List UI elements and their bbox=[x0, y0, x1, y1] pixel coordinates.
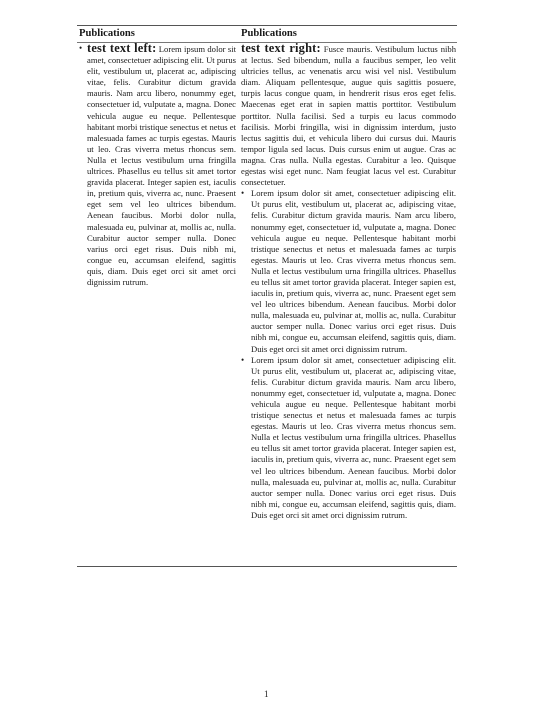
left-item-text: Lorem ipsum dolor sit amet, consectetuer… bbox=[87, 44, 236, 287]
left-item-paragraph: test text left: Lorem ipsum dolor sit am… bbox=[87, 43, 236, 288]
right-item-text: Lorem ipsum dolor sit amet, consectetuer… bbox=[251, 355, 456, 521]
right-column: test text right: Fusce mauris. Vestibulu… bbox=[241, 43, 456, 521]
left-column: • test text left: Lorem ipsum dolor sit … bbox=[79, 43, 236, 288]
left-column-header: Publications bbox=[79, 28, 135, 39]
left-item-lead: test text left: bbox=[87, 41, 156, 55]
right-column-header: Publications bbox=[241, 28, 297, 39]
document-page: Publications Publications • test text le… bbox=[0, 0, 540, 702]
right-list-item: • Lorem ipsum dolor sit amet, consectetu… bbox=[241, 355, 456, 521]
right-item-text: Lorem ipsum dolor sit amet, consectetuer… bbox=[251, 188, 456, 354]
left-list-item: • test text left: Lorem ipsum dolor sit … bbox=[79, 43, 236, 288]
right-intro-paragraph: test text right: Fusce mauris. Vestibulu… bbox=[241, 43, 456, 188]
right-intro-text: Fusce mauris. Vestibulum luctus nibh at … bbox=[241, 44, 456, 187]
bullet-icon: • bbox=[79, 43, 82, 54]
bullet-icon: • bbox=[241, 355, 244, 366]
table-bottom-rule bbox=[77, 566, 457, 567]
table-top-rule bbox=[77, 25, 457, 26]
bullet-icon: • bbox=[241, 188, 244, 199]
right-lead: test text right: bbox=[241, 41, 321, 55]
right-list-item: • Lorem ipsum dolor sit amet, consectetu… bbox=[241, 188, 456, 354]
page-number: 1 bbox=[264, 689, 269, 699]
